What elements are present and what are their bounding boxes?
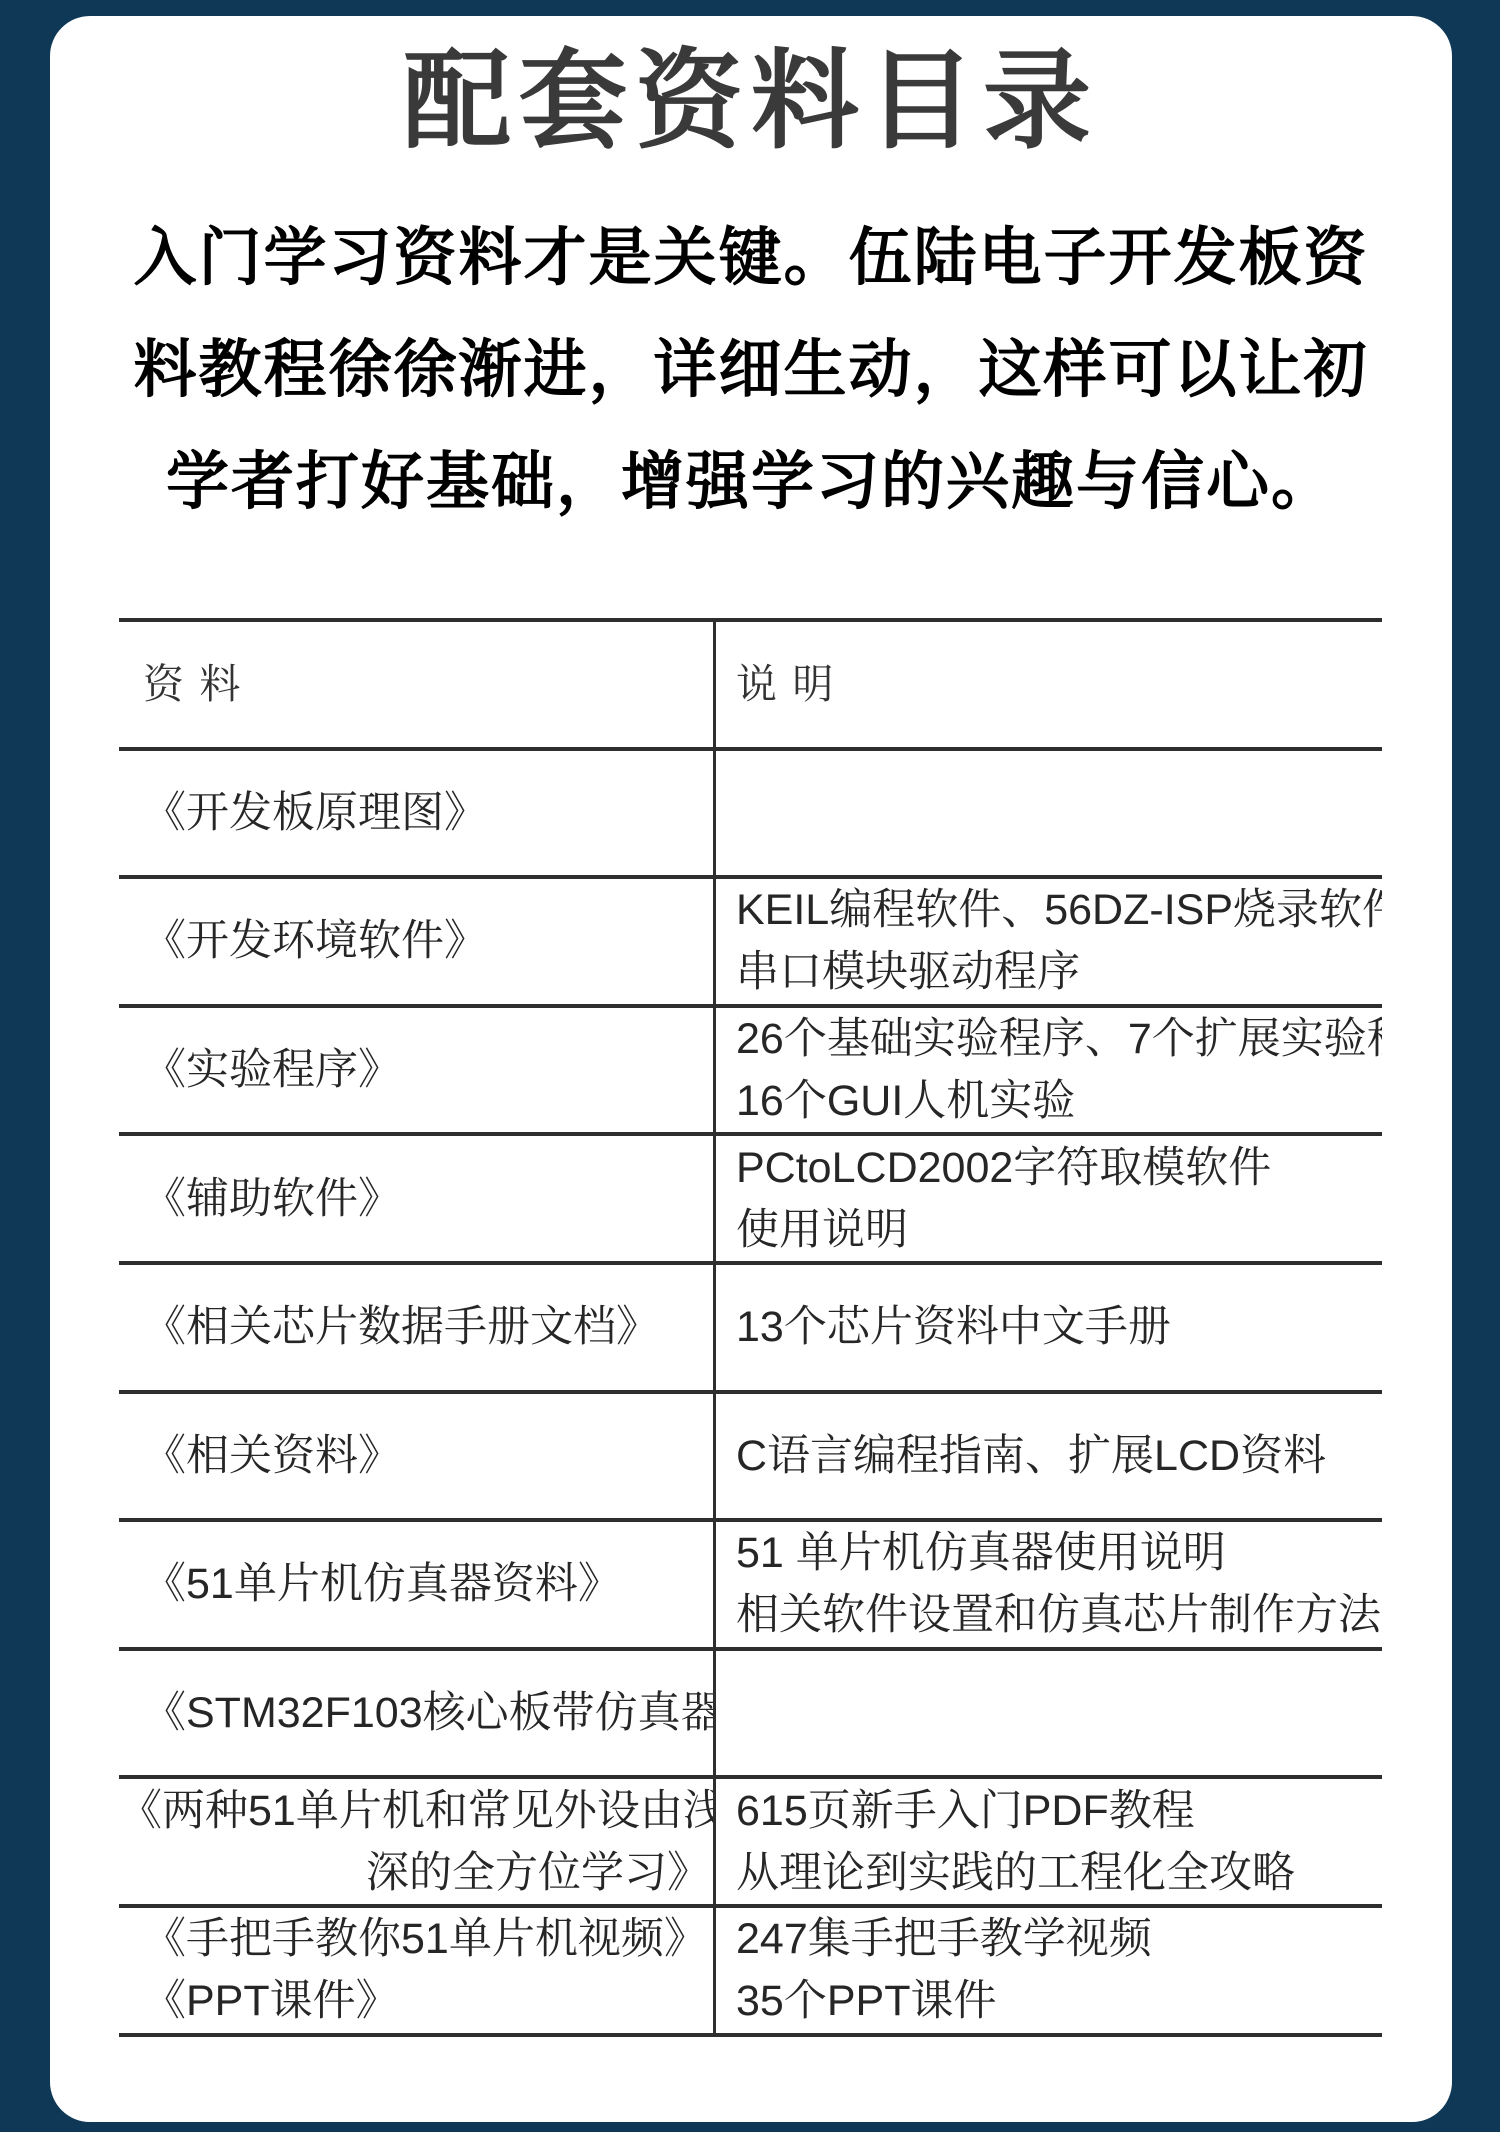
material-text: 《实验程序》 bbox=[143, 1039, 713, 1101]
column-header-material: 资 料 bbox=[119, 622, 716, 747]
column-header-description: 说 明 bbox=[716, 622, 1382, 747]
description-cell bbox=[716, 751, 1382, 876]
description-cell bbox=[716, 1651, 1382, 1776]
description-text: 26个基础实验程序、7个扩展实验程序 bbox=[736, 1008, 1382, 1070]
material-cell: 《相关芯片数据手册文档》 bbox=[119, 1265, 716, 1390]
table-row: 《相关资料》C语言编程指南、扩展LCD资料 bbox=[119, 1394, 1382, 1523]
intro-paragraph: 入门学习资料才是关键。伍陆电子开发板资 料教程徐徐渐进，详细生动，这样可以让初 … bbox=[74, 202, 1428, 538]
content-sheet: 配套资料目录 入门学习资料才是关键。伍陆电子开发板资 料教程徐徐渐进，详细生动，… bbox=[50, 16, 1452, 2122]
description-text: C语言编程指南、扩展LCD资料 bbox=[736, 1425, 1382, 1487]
material-text: 《51单片机仿真器资料》 bbox=[143, 1553, 713, 1615]
table-row: 《开发环境软件》KEIL编程软件、56DZ-ISP烧录软件、串口模块驱动程序 bbox=[119, 879, 1382, 1008]
material-text: 《STM32F103核心板带仿真器资料》 bbox=[143, 1682, 713, 1744]
table-row: 《相关芯片数据手册文档》13个芯片资料中文手册 bbox=[119, 1265, 1382, 1394]
table-row: 《辅助软件》PCtoLCD2002字符取模软件使用说明 bbox=[119, 1136, 1382, 1265]
description-text: 247集手把手教学视频 bbox=[736, 1908, 1382, 1970]
intro-line-2: 料教程徐徐渐进，详细生动，这样可以让初 bbox=[74, 314, 1428, 426]
material-cell: 《开发环境软件》 bbox=[119, 879, 716, 1004]
description-text: 从理论到实践的工程化全攻略 bbox=[736, 1842, 1382, 1904]
table-row: 《实验程序》26个基础实验程序、7个扩展实验程序16个GUI人机实验 bbox=[119, 1008, 1382, 1137]
description-text: 13个芯片资料中文手册 bbox=[736, 1296, 1382, 1358]
page-title: 配套资料目录 bbox=[50, 26, 1452, 176]
material-text: 《相关资料》 bbox=[143, 1425, 713, 1487]
description-text: 使用说明 bbox=[736, 1199, 1382, 1261]
intro-line-1: 入门学习资料才是关键。伍陆电子开发板资 bbox=[74, 202, 1428, 314]
table-row: 《两种51单片机和常见外设由浅入深的全方位学习》615页新手入门PDF教程从理论… bbox=[119, 1779, 1382, 1908]
material-cell: 《实验程序》 bbox=[119, 1008, 716, 1133]
material-cell: 《手把手教你51单片机视频》《PPT课件》 bbox=[119, 1908, 716, 2033]
material-text: 《手把手教你51单片机视频》 bbox=[143, 1908, 713, 1970]
material-cell: 《两种51单片机和常见外设由浅入深的全方位学习》 bbox=[119, 1779, 716, 1904]
table-row: 《手把手教你51单片机视频》《PPT课件》247集手把手教学视频35个PPT课件 bbox=[119, 1908, 1382, 2037]
table-row: 《STM32F103核心板带仿真器资料》 bbox=[119, 1651, 1382, 1780]
material-cell: 《辅助软件》 bbox=[119, 1136, 716, 1261]
page-background: 配套资料目录 入门学习资料才是关键。伍陆电子开发板资 料教程徐徐渐进，详细生动，… bbox=[0, 0, 1500, 2132]
description-text: PCtoLCD2002字符取模软件 bbox=[736, 1137, 1382, 1199]
description-text: 16个GUI人机实验 bbox=[736, 1070, 1382, 1132]
material-text: 《两种51单片机和常见外设由浅入 bbox=[119, 1780, 710, 1842]
description-cell: 13个芯片资料中文手册 bbox=[716, 1265, 1382, 1390]
description-cell: 247集手把手教学视频35个PPT课件 bbox=[716, 1908, 1382, 2033]
description-cell: 615页新手入门PDF教程从理论到实践的工程化全攻略 bbox=[716, 1779, 1382, 1904]
material-text: 《开发板原理图》 bbox=[143, 782, 713, 844]
description-cell: 26个基础实验程序、7个扩展实验程序16个GUI人机实验 bbox=[716, 1008, 1382, 1133]
material-text: 《辅助软件》 bbox=[143, 1168, 713, 1230]
material-cell: 《STM32F103核心板带仿真器资料》 bbox=[119, 1651, 716, 1776]
table-row: 《开发板原理图》 bbox=[119, 751, 1382, 880]
description-text: 615页新手入门PDF教程 bbox=[736, 1780, 1382, 1842]
material-text: 《开发环境软件》 bbox=[143, 910, 713, 972]
description-text: 相关软件设置和仿真芯片制作方法 bbox=[736, 1584, 1382, 1646]
description-cell: PCtoLCD2002字符取模软件使用说明 bbox=[716, 1136, 1382, 1261]
material-cell: 《相关资料》 bbox=[119, 1394, 716, 1519]
material-text: 《相关芯片数据手册文档》 bbox=[143, 1296, 713, 1358]
description-cell: C语言编程指南、扩展LCD资料 bbox=[716, 1394, 1382, 1519]
description-text: 51 单片机仿真器使用说明 bbox=[736, 1522, 1382, 1584]
table-row: 《51单片机仿真器资料》51 单片机仿真器使用说明相关软件设置和仿真芯片制作方法 bbox=[119, 1522, 1382, 1651]
description-text: 35个PPT课件 bbox=[736, 1970, 1382, 2032]
table-header-row: 资 料 说 明 bbox=[119, 622, 1382, 751]
description-cell: KEIL编程软件、56DZ-ISP烧录软件、串口模块驱动程序 bbox=[716, 879, 1382, 1004]
material-cell: 《51单片机仿真器资料》 bbox=[119, 1522, 716, 1647]
description-text: 串口模块驱动程序 bbox=[736, 941, 1382, 1003]
material-text: 《PPT课件》 bbox=[143, 1970, 713, 2032]
material-cell: 《开发板原理图》 bbox=[119, 751, 716, 876]
intro-line-3: 学者打好基础，增强学习的兴趣与信心。 bbox=[74, 426, 1428, 538]
description-cell: 51 单片机仿真器使用说明相关软件设置和仿真芯片制作方法 bbox=[716, 1522, 1382, 1647]
materials-table: 资 料 说 明 《开发板原理图》《开发环境软件》KEIL编程软件、56DZ-IS… bbox=[119, 618, 1382, 2037]
material-text: 深的全方位学习》 bbox=[119, 1842, 710, 1904]
description-text: KEIL编程软件、56DZ-ISP烧录软件、 bbox=[736, 879, 1382, 941]
